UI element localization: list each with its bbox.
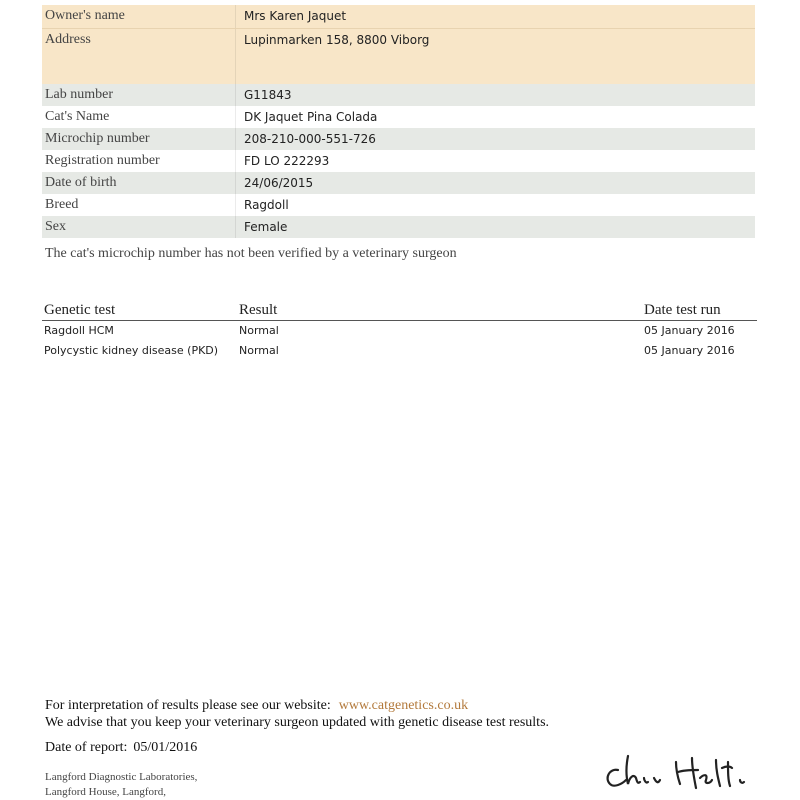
lab-number-value: G11843 — [236, 84, 755, 106]
registration-value: FD LO 222293 — [236, 150, 755, 172]
info-row-registration: Registration number FD LO 222293 — [42, 150, 755, 172]
address-label: Address — [42, 29, 236, 84]
address-value: Lupinmarken 158, 8800 Viborg — [236, 29, 755, 84]
info-row-breed: Breed Ragdoll — [42, 194, 755, 216]
cat-name-value: DK Jaquet Pina Colada — [236, 106, 755, 128]
advice-text: We advise that you keep your veterinary … — [45, 714, 549, 731]
test-date: 05 January 2016 — [439, 321, 757, 341]
lab-address-line1: Langford Diagnostic Laboratories, — [45, 770, 197, 785]
info-row-cat-name: Cat's Name DK Jaquet Pina Colada — [42, 106, 755, 128]
test-date: 05 January 2016 — [439, 341, 757, 361]
test-row: Polycystic kidney disease (PKD) Normal 0… — [42, 341, 757, 361]
report-date-value: 05/01/2016 — [133, 740, 197, 755]
test-name: Polycystic kidney disease (PKD) — [42, 341, 239, 361]
tests-header-row: Genetic test Result Date test run — [42, 300, 757, 321]
sex-value: Female — [236, 216, 755, 238]
registration-label: Registration number — [42, 150, 236, 172]
cat-info-table: Owner's name Mrs Karen Jaquet Address Lu… — [42, 5, 755, 238]
microchip-value: 208-210-000-551-726 — [236, 128, 755, 150]
test-result: Normal — [239, 321, 439, 341]
info-row-microchip: Microchip number 208-210-000-551-726 — [42, 128, 755, 150]
report-date-label: Date of report: — [45, 740, 127, 755]
sex-label: Sex — [42, 216, 236, 238]
info-row-sex: Sex Female — [42, 216, 755, 238]
owner-name-label: Owner's name — [42, 5, 236, 28]
signature-icon — [600, 748, 780, 793]
dob-value: 24/06/2015 — [236, 172, 755, 194]
info-row-lab-number: Lab number G11843 — [42, 84, 755, 106]
header-date-test-run: Date test run — [439, 300, 757, 320]
breed-label: Breed — [42, 194, 236, 216]
owner-name-value: Mrs Karen Jaquet — [236, 5, 755, 28]
breed-value: Ragdoll — [236, 194, 755, 216]
info-row-address: Address Lupinmarken 158, 8800 Viborg — [42, 29, 755, 84]
report-date: Date of report:05/01/2016 — [45, 740, 197, 756]
lab-address: Langford Diagnostic Laboratories, Langfo… — [45, 770, 197, 800]
lab-address-line2: Langford House, Langford, — [45, 785, 197, 800]
website-link[interactable]: www.catgenetics.co.uk — [339, 698, 468, 713]
interpretation-text: For interpretation of results please see… — [45, 698, 331, 713]
test-name: Ragdoll HCM — [42, 321, 239, 341]
info-row-dob: Date of birth 24/06/2015 — [42, 172, 755, 194]
footer-notes: For interpretation of results please see… — [45, 697, 549, 731]
info-row-owner-name: Owner's name Mrs Karen Jaquet — [42, 5, 755, 29]
microchip-verification-note: The cat's microchip number has not been … — [45, 246, 457, 262]
test-result: Normal — [239, 341, 439, 361]
test-row: Ragdoll HCM Normal 05 January 2016 — [42, 321, 757, 341]
interpretation-line: For interpretation of results please see… — [45, 697, 549, 714]
header-result: Result — [239, 300, 439, 320]
genetic-tests-table: Genetic test Result Date test run Ragdol… — [42, 300, 757, 361]
header-genetic-test: Genetic test — [42, 300, 239, 320]
lab-number-label: Lab number — [42, 84, 236, 106]
cat-name-label: Cat's Name — [42, 106, 236, 128]
dob-label: Date of birth — [42, 172, 236, 194]
microchip-label: Microchip number — [42, 128, 236, 150]
